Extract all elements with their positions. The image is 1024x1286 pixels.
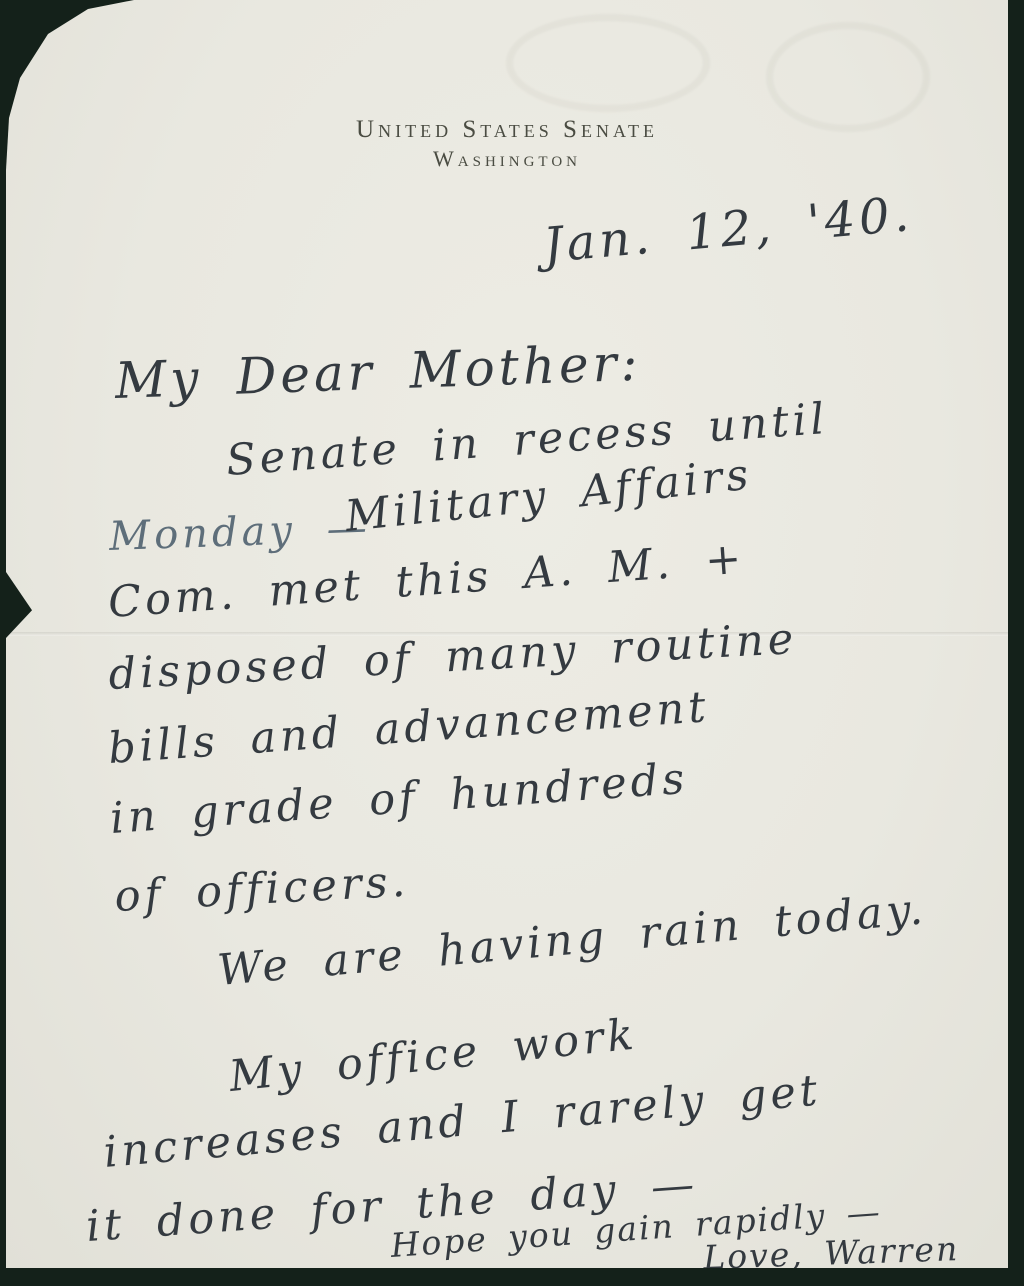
body-line: of officers. [113,857,410,922]
salutation: My Dear Mother: [114,334,642,410]
letter-date: Jan. 12, '40. [541,186,915,274]
letter-scan: United States Senate Washington Jan. 12,… [0,0,1024,1286]
letterhead-line1: United States Senate [6,116,1008,144]
embossed-watermark [506,14,710,112]
body-line: increases and I rarely get [102,1065,823,1178]
body-line: Monday — [108,505,371,560]
fold-edge-notch [6,572,32,638]
signature: Love, Warren [703,1229,960,1277]
letter-paper: United States Senate Washington Jan. 12,… [6,0,1008,1268]
letterhead: United States Senate Washington [6,116,1008,172]
letterhead-line2: Washington [6,146,1008,172]
